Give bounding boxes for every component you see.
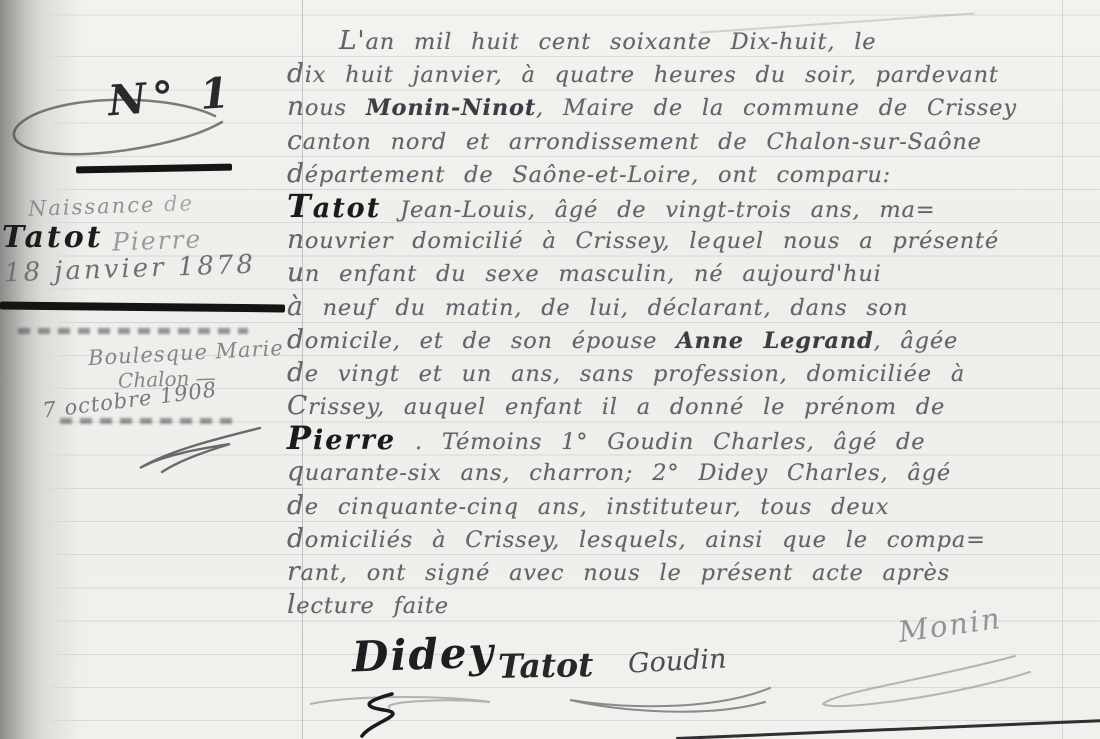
body-line: nous Monin-Ninot, Maire de la commune de…	[287, 90, 1087, 123]
monin-signature-flourish	[815, 648, 1045, 718]
body-line: dix huit janvier, à quatre heures du soi…	[287, 57, 1087, 90]
body-line: quarante-six ans, charron; 2° Didey Char…	[287, 455, 1087, 488]
paraph-squiggle	[110, 420, 270, 480]
body-line: de vingt et un ans, sans profession, dom…	[287, 356, 1087, 389]
body-line-child-name: Pierre . Témoins 1° Goudin Charles, âgé …	[287, 422, 1087, 455]
illegible-stamp-line	[18, 328, 248, 334]
brace-pen-mark	[300, 688, 520, 739]
signature-tatot: Tatot	[498, 645, 594, 686]
body-line: un enfant du sexe masculin, né aujourd'h…	[287, 256, 1087, 289]
body-line: domiciliés à Crissey, lesquels, ainsi qu…	[287, 522, 1087, 555]
body-line: rant, ont signé avec nous le présent act…	[287, 555, 1087, 588]
goudin-underline-flourish	[560, 682, 780, 722]
body-line: Crissey, auquel enfant il a donné le pré…	[287, 389, 1087, 422]
signature-didey: Didey	[351, 628, 495, 682]
body-line: L'an mil huit cent soixante Dix-huit, le	[287, 24, 1087, 57]
body-line: département de Saône-et-Loire, ont compa…	[287, 157, 1087, 190]
body-line: de cinquante-cinq ans, instituteur, tous…	[287, 489, 1087, 522]
body-line-mother-name: domicile, et de son épouse Anne Legrand,…	[287, 323, 1087, 356]
act-body-text: L'an mil huit cent soixante Dix-huit, le…	[287, 24, 1087, 621]
body-line: nouvrier domicilié à Crissey, lequel nou…	[287, 223, 1087, 256]
body-line: canton nord et arrondissement de Chalon-…	[287, 124, 1087, 157]
body-line: à neuf du matin, de lui, déclarant, dans…	[287, 290, 1087, 323]
margin-surname: Tatot	[2, 220, 104, 255]
act-number: N° 1	[106, 68, 236, 126]
body-line-father-name: Tatot Jean-Louis, âgé de vingt-trois ans…	[287, 190, 1087, 223]
register-page-scan: N° 1 Naissance de Tatot Pierre 18 janvie…	[0, 0, 1100, 739]
signature-goudin: Goudin	[627, 643, 727, 679]
